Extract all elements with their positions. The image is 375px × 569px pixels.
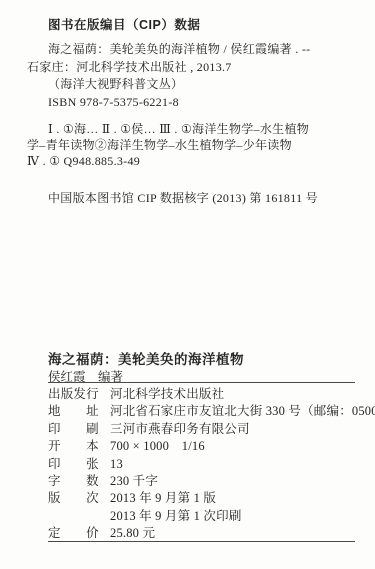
colophon-value: 2013 年 9 月第 1 次印刷 — [110, 508, 242, 525]
cip-record-line: ISBN 978-7-5375-6221-8 — [27, 94, 357, 112]
colophon-label: 印 张 — [48, 456, 101, 473]
colophon-row: 开 本 700 × 1000 1/16 — [48, 438, 363, 455]
book-copyright-page: 图书在版编目（CIP）数据 海之福荫：美轮美奂的海洋植物 / 侯红霞编著 . -… — [0, 0, 375, 569]
divider-bottom — [48, 541, 355, 542]
colophon-value: 700 × 1000 1/16 — [110, 438, 205, 455]
colophon-value: 2013 年 9 月第 1 版 — [110, 490, 216, 507]
colophon-row: 字 数 230 千字 — [48, 473, 363, 490]
divider-top — [48, 382, 355, 383]
colophon-value: 河北科学技术出版社 — [110, 386, 224, 403]
colophon-label — [48, 508, 101, 525]
colophon-value: 230 千字 — [110, 473, 158, 490]
colophon-label: 印 刷 — [48, 421, 101, 438]
cip-classification-block: Ⅰ . ①海… Ⅱ . ①侯… Ⅲ . ①海洋生物学–水生植物 学–青年读物②海… — [27, 121, 357, 169]
colophon-row: 2013 年 9 月第 1 次印刷 — [48, 508, 363, 525]
colophon-label: 地 址 — [48, 403, 101, 420]
cip-classification-line: 学–青年读物②海洋生物学–水生植物学–少年读物 — [27, 137, 357, 153]
colophon-row: 出版发行 河北科学技术出版社 — [48, 386, 363, 403]
cip-record-block: 海之福荫：美轮美奂的海洋植物 / 侯红霞编著 . -- 石家庄：河北科学技术出版… — [27, 41, 357, 111]
cip-record-line: 石家庄：河北科学技术出版社 , 2013.7 — [27, 59, 357, 77]
colophon-row: 地 址 河北省石家庄市友谊北大街 330 号（邮编：050061） — [48, 403, 363, 420]
colophon-label: 出版发行 — [48, 386, 101, 403]
cip-registration: 中国版本图书馆 CIP 数据核字 (2013) 第 161811 号 — [48, 189, 318, 206]
cip-classification-line: Ⅰ . ①海… Ⅱ . ①侯… Ⅲ . ①海洋生物学–水生植物 — [27, 121, 357, 137]
book-title: 海之福荫：美轮美奂的海洋植物 — [48, 348, 244, 368]
colophon-row: 印 刷 三河市燕春印务有限公司 — [48, 421, 363, 438]
colophon-row: 版 次 2013 年 9 月第 1 版 — [48, 490, 363, 507]
colophon-value: 河北省石家庄市友谊北大街 330 号（邮编：050061） — [110, 403, 375, 420]
colophon-label: 开 本 — [48, 438, 101, 455]
cip-header: 图书在版编目（CIP）数据 — [48, 15, 200, 33]
colophon-table: 出版发行 河北科学技术出版社 地 址 河北省石家庄市友谊北大街 330 号（邮编… — [48, 386, 363, 543]
colophon-label: 字 数 — [48, 473, 101, 490]
colophon-row: 印 张 13 — [48, 456, 363, 473]
cip-record-line: 海之福荫：美轮美奂的海洋植物 / 侯红霞编著 . -- — [27, 41, 357, 59]
colophon-value: 13 — [110, 456, 123, 473]
colophon-label: 版 次 — [48, 490, 101, 507]
cip-record-line: （海洋大视野科普文丛） — [27, 76, 357, 94]
colophon-value: 三河市燕春印务有限公司 — [110, 421, 250, 438]
cip-classification-line: Ⅳ . ① Q948.885.3-49 — [27, 153, 357, 169]
